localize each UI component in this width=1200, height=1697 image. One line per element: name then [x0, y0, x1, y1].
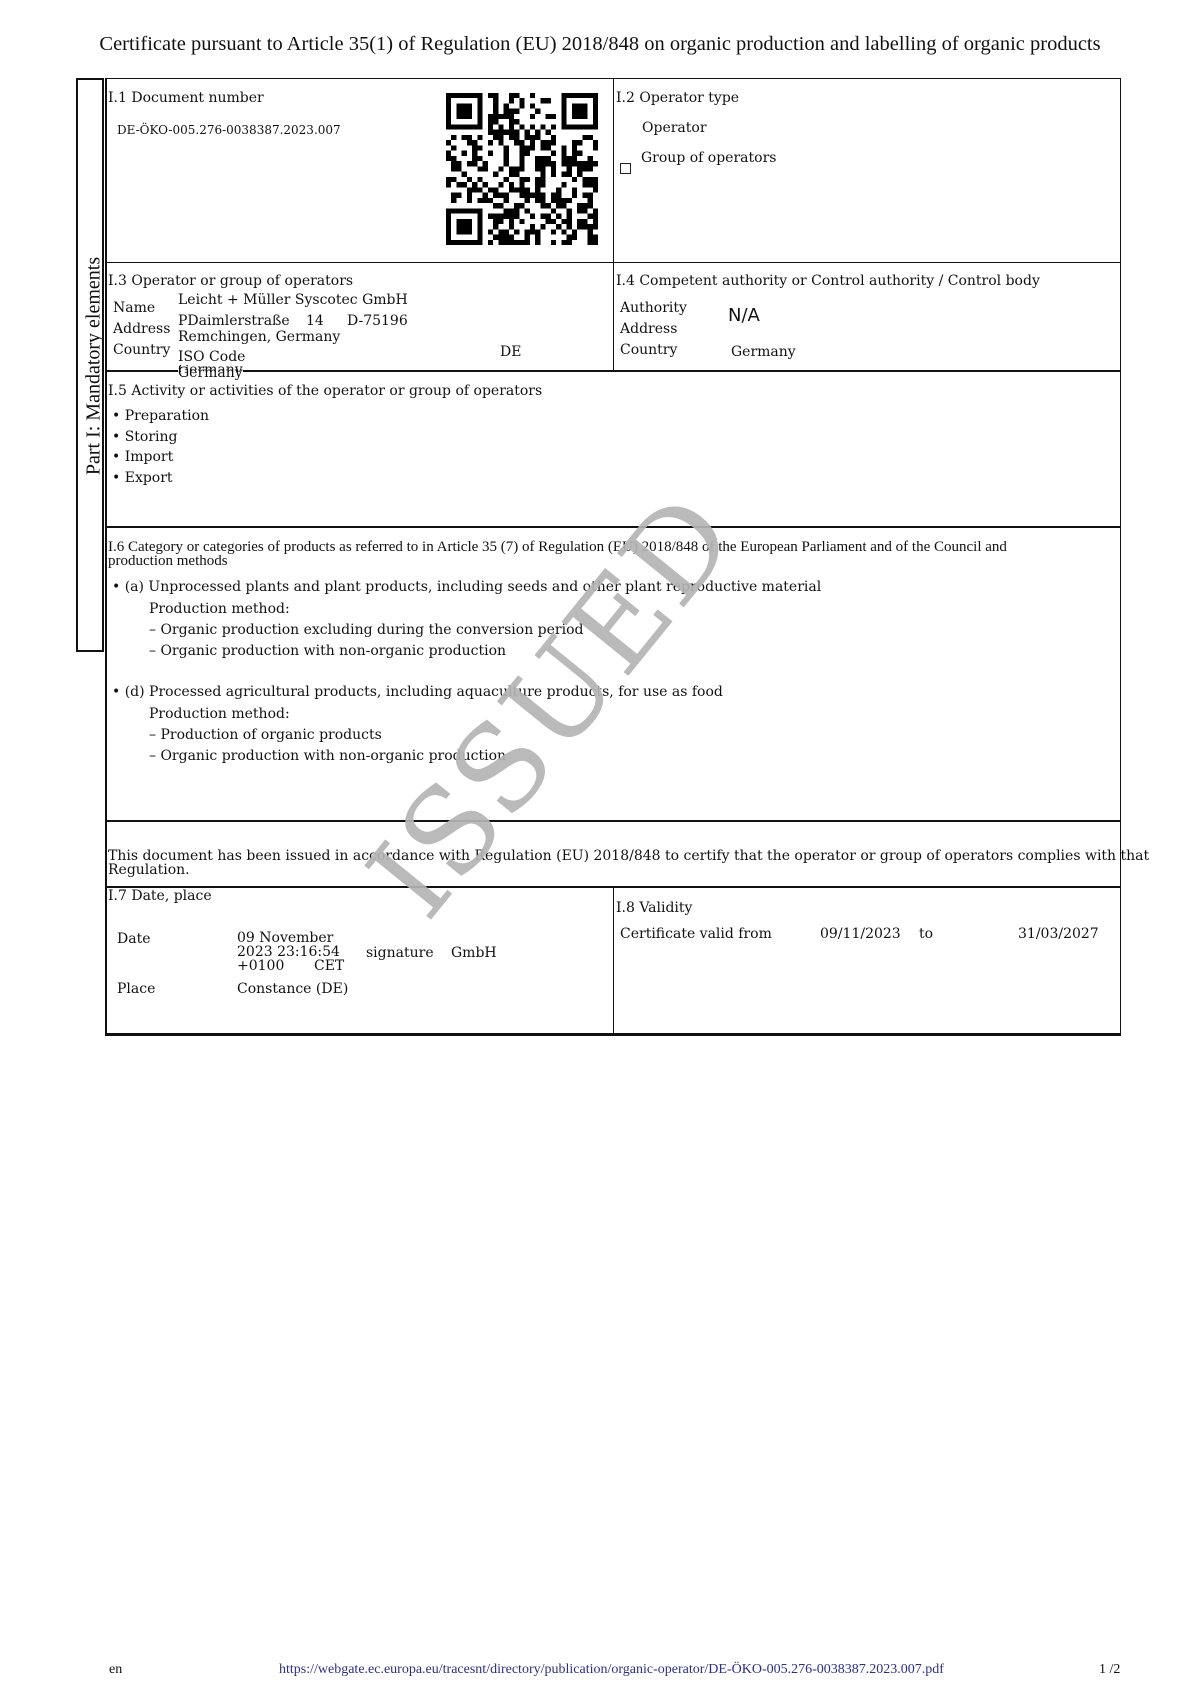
- document-title: Certificate pursuant to Article 35(1) of…: [80, 34, 1120, 55]
- part-label: Part I: Mandatory elements: [83, 257, 106, 475]
- authority-country: Germany: [731, 344, 796, 360]
- category-a-label: • (a) Unprocessed plants and plant produ…: [112, 579, 821, 595]
- valid-from-label: Certificate valid from: [620, 926, 772, 942]
- operator-type-operator: Operator: [642, 120, 707, 136]
- table-border-left: [105, 78, 107, 1034]
- iso-code-label: ISO Code: [178, 349, 245, 365]
- category-a-method: – Organic production excluding during th…: [149, 622, 584, 638]
- col-divider-bottom: [613, 886, 614, 1034]
- section-1-5-heading: I.5 Activity or activities of the operat…: [108, 383, 542, 399]
- valid-from-date: 09/11/2023: [820, 926, 901, 942]
- footer-language: en: [109, 1662, 122, 1678]
- date-value-line-3: +0100: [237, 959, 284, 973]
- signature-label: signature: [366, 945, 434, 961]
- date-label: Date: [117, 931, 150, 947]
- signature-value: GmbH: [451, 945, 497, 961]
- qr-code-icon: [446, 93, 598, 245]
- row-divider-2: [105, 370, 1121, 372]
- operator-name: Leicht + Müller Syscotec GmbH: [178, 292, 408, 308]
- address-label: Address: [113, 321, 170, 337]
- valid-to-label: to: [919, 926, 933, 942]
- table-border-bottom: [105, 1033, 1121, 1036]
- section-1-1-heading: I.1 Document number: [108, 90, 264, 106]
- footer-pdf-link[interactable]: https://webgate.ec.europa.eu/tracesnt/di…: [279, 1662, 944, 1678]
- activity-item: • Import: [112, 449, 173, 465]
- date-value-line-2: 2023 23:16:54: [237, 945, 340, 959]
- address-city: Remchingen, Germany: [178, 329, 340, 345]
- category-d-method: – Production of organic products: [149, 727, 382, 743]
- section-1-6-heading-cont: production methods: [108, 553, 228, 569]
- activity-item: • Export: [112, 470, 173, 486]
- col-divider-top: [613, 78, 614, 371]
- activity-item: • Preparation: [112, 408, 209, 424]
- category-d-method-label: Production method:: [149, 706, 290, 722]
- section-1-7-heading: I.7 Date, place: [108, 888, 212, 904]
- group-of-operators-checkbox[interactable]: [620, 163, 631, 174]
- authority-country-label: Country: [620, 342, 677, 358]
- authority-label: Authority: [620, 300, 687, 316]
- section-1-3-heading: I.3 Operator or group of operators: [108, 273, 353, 289]
- timezone: CET: [314, 959, 344, 973]
- date-value-line-1: 09 November: [237, 931, 333, 945]
- country-label: Country: [113, 342, 170, 358]
- address-postcode: D-75196: [347, 313, 408, 329]
- address-number: 14: [306, 313, 324, 329]
- section-1-2-heading: I.2 Operator type: [616, 90, 739, 106]
- authority-address-label: Address: [620, 321, 677, 337]
- section-1-4-heading: I.4 Competent authority or Control autho…: [616, 273, 1040, 289]
- table-border-right: [1120, 78, 1121, 1034]
- valid-to-date: 31/03/2027: [1018, 926, 1099, 942]
- activity-item: • Storing: [112, 429, 178, 445]
- place-value: Constance (DE): [237, 981, 348, 997]
- category-d-method: – Organic production with non-organic pr…: [149, 748, 506, 764]
- category-a-method: – Organic production with non-organic pr…: [149, 643, 506, 659]
- row-divider-3: [105, 526, 1121, 528]
- row-divider-4: [105, 820, 1121, 822]
- iso-code-value: DE: [500, 344, 521, 360]
- section-1-6-heading: I.6 Category or categories of products a…: [108, 539, 1007, 555]
- document-number: DE-ÖKO-005.276-0038387.2023.007: [117, 123, 341, 137]
- category-a-method-label: Production method:: [149, 601, 290, 617]
- operator-type-group: Group of operators: [641, 150, 776, 166]
- statement-line-1: This document has been issued in accorda…: [108, 848, 1149, 864]
- footer-page-number: 1 /2: [1099, 1662, 1120, 1678]
- section-1-8-heading: I.8 Validity: [616, 900, 692, 916]
- address-street: PDaimlerstraße: [178, 313, 290, 329]
- place-label: Place: [117, 981, 155, 997]
- category-d-label: • (d) Processed agricultural products, i…: [112, 684, 723, 700]
- operator-country: Germany: [178, 365, 243, 381]
- statement-line-2: Regulation.: [108, 862, 190, 878]
- name-label: Name: [113, 300, 155, 316]
- authority-value: N/A: [728, 306, 760, 326]
